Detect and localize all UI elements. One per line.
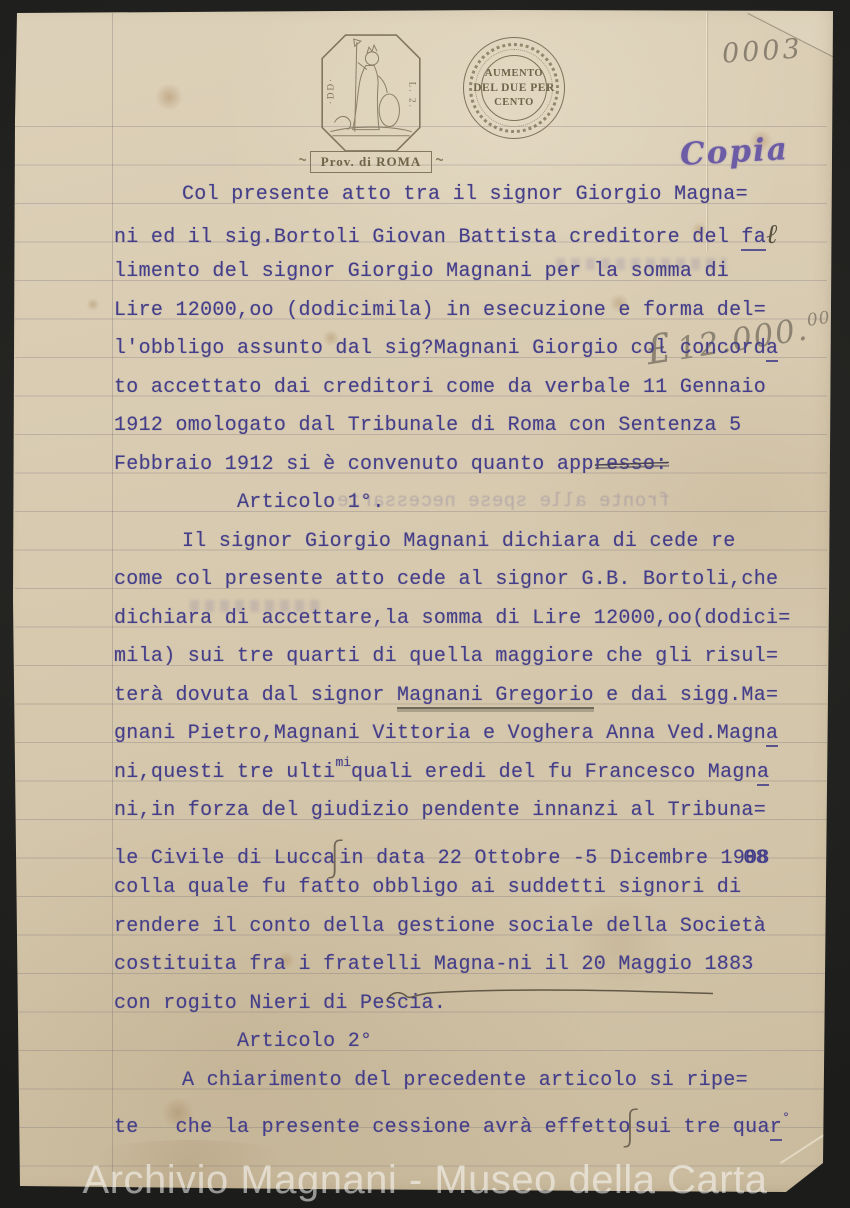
flourish-icon: ~ — [435, 149, 443, 175]
province-banner: ~ Prov. di ROMA ~ — [304, 150, 438, 174]
typed-line: limento del signor Giorgio Magnani per l… — [114, 259, 729, 285]
pen-flourish-line — [383, 986, 713, 1006]
octagon-stamp-graphic: ·DD· L. 2. — [320, 33, 422, 153]
typed-line: come col presente atto cede al signor G.… — [114, 567, 778, 593]
stamp-text-line3: CENTO — [494, 96, 534, 109]
typed-line: Il signor Giorgio Magnani dichiara di ce… — [114, 529, 736, 555]
province-banner-label: Prov. di ROMA — [310, 151, 433, 173]
stain — [86, 298, 100, 311]
stamp-text-line1: AUMENTO — [485, 67, 543, 80]
typed-line: l'obbligo assunto dal sig?Magnani Giorgi… — [114, 336, 778, 362]
article-heading: Articolo 1°. — [114, 490, 385, 516]
round-surcharge-stamp: AUMENTO DEL DUE PER CENTO — [463, 37, 565, 139]
typed-line: ni,in forza del giudizio pendente innanz… — [114, 798, 766, 824]
octagon-revenue-stamp: ·DD· L. 2. — [320, 33, 422, 153]
margin-fold-line — [112, 13, 113, 1186]
typed-line: le Civile di Luccaʃin data 22 Ottobre -5… — [114, 837, 770, 872]
inserted-superscript: mi — [335, 755, 351, 770]
typed-line: dichiara di accettare,la somma di Lire 1… — [114, 606, 791, 632]
vertical-crease — [706, 11, 707, 251]
stain — [154, 84, 184, 110]
archive-watermark: Archivio Magnani - Museo della Carta — [0, 1158, 850, 1203]
typed-line: rendere il conto della gestione sociale … — [114, 914, 766, 940]
typed-line: ni,questi tre ultimiquali eredi del fu F… — [114, 760, 769, 787]
article-heading: Articolo 2° — [114, 1029, 372, 1055]
handwritten-correction: ℓ — [766, 219, 778, 250]
typed-line: terà dovuta dal signor Magnani Gregorio … — [114, 683, 778, 709]
typed-line: gnani Pietro,Magnani Vittoria e Voghera … — [114, 721, 778, 747]
typed-line: ni ed il sig.Bortoli Giovan Battista cre… — [114, 221, 778, 251]
pencil-underlined-name: Magnani Gregorio — [397, 684, 594, 709]
scan-background: ·DD· L. 2. ~ Prov. di ROMA ~ AUMENTO DEL… — [0, 0, 850, 1208]
stamp-center: AUMENTO DEL DUE PER CENTO — [481, 55, 547, 121]
pencil-page-number: 0003 — [721, 33, 804, 70]
document-page: ·DD· L. 2. ~ Prov. di ROMA ~ AUMENTO DEL… — [0, 0, 850, 1208]
typed-line: Febbraio 1912 si è convenuto quanto appr… — [114, 452, 668, 478]
typed-line: te che la presente cessione avrà effetto… — [114, 1106, 790, 1142]
flourish-icon: ~ — [298, 149, 306, 175]
overstruck-year: 08 — [745, 847, 770, 870]
typed-line: colla quale fu fatto obbligo ai suddetti… — [114, 875, 741, 901]
copia-stamp: Copia — [679, 131, 790, 173]
insertion-caret-mark: ʃ — [328, 834, 342, 880]
allegorical-figure — [330, 39, 411, 136]
stamp-denomination-label: L. 2. — [408, 82, 418, 109]
insertion-caret-mark: ʃ — [624, 1103, 638, 1149]
typed-line: mila) sui tre quarti di quella maggiore … — [114, 644, 778, 670]
typed-line: costituita fra i fratelli Magna-ni il 20… — [114, 952, 754, 978]
stamp-text-line2: DEL DUE PER — [473, 81, 555, 95]
typed-line: Col presente atto tra il signor Giorgio … — [114, 182, 748, 208]
typed-line: Lire 12000,oo (dodicimila) in esecuzione… — [114, 298, 766, 324]
typed-line: A chiarimento del precedente articolo si… — [114, 1068, 748, 1094]
typed-line: 1912 omologato dal Tribunale di Roma con… — [114, 413, 741, 439]
stamp-left-label: ·DD· — [325, 77, 335, 104]
amount-decimals: 00 — [806, 308, 832, 331]
typed-line: to accettato dai creditori come da verba… — [114, 375, 766, 401]
